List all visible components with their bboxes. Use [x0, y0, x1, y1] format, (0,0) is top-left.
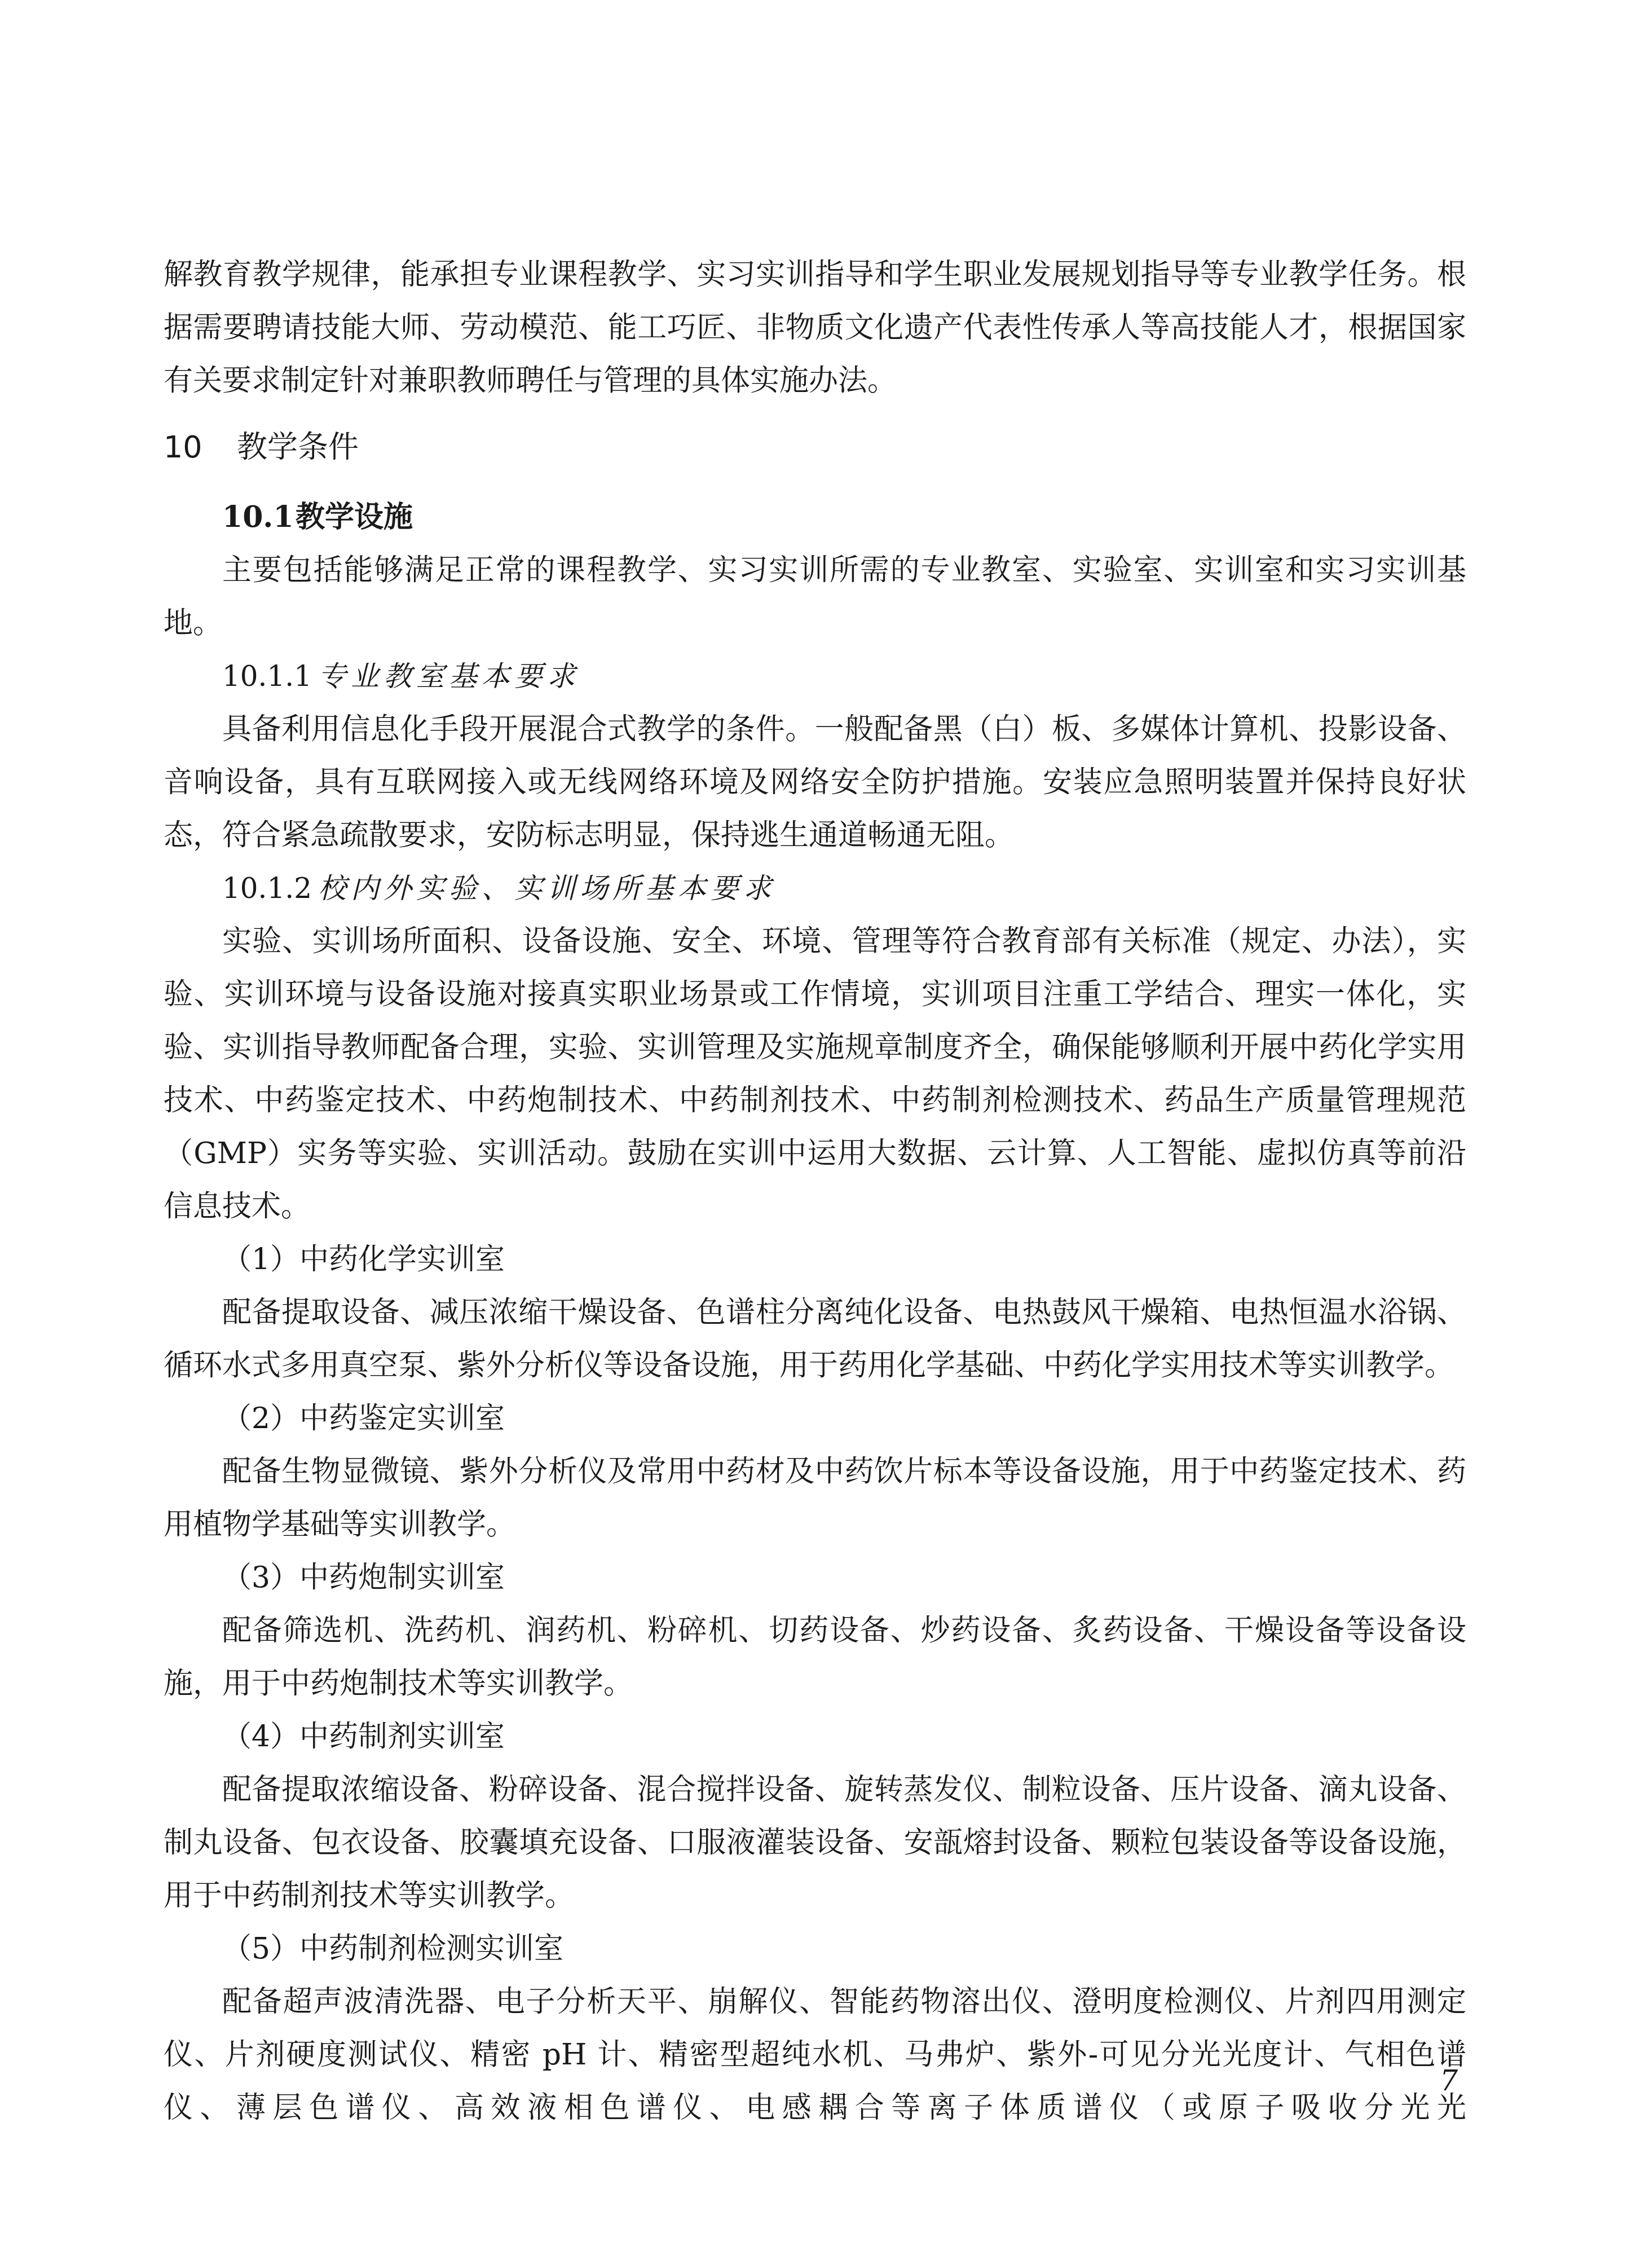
subsection-heading: 10.1教学设施 [164, 491, 1466, 544]
subsection-number: 10.1 [222, 491, 296, 544]
lab-heading-5: （5）中药制剂检测实训室 [164, 1922, 1466, 1975]
lab-paragraph-3: 配备筛选机、洗药机、润药机、粉碎机、切药设备、炒药设备、炙药设备、干燥设备等设备… [164, 1604, 1466, 1710]
lab-heading-1: （1）中药化学实训室 [164, 1233, 1466, 1286]
item-heading-10-1-2: 10.1.2校内外实验、实训场所基本要求 [164, 862, 1466, 915]
item-number: 10.1.1 [222, 650, 318, 703]
item-heading-10-1-1: 10.1.1专业教室基本要求 [164, 650, 1466, 703]
section-title: 教学条件 [237, 429, 359, 465]
lab-heading-2: （2）中药鉴定实训室 [164, 1392, 1466, 1445]
lab-paragraph-4: 配备提取浓缩设备、粉碎设备、混合搅拌设备、旋转蒸发仪、制粒设备、压片设备、滴丸设… [164, 1763, 1466, 1922]
lab-paragraph-1: 配备提取设备、减压浓缩干燥设备、色谱柱分离纯化设备、电热鼓风干燥箱、电热恒温水浴… [164, 1286, 1466, 1392]
item-title: 专业教室基本要求 [318, 660, 580, 693]
subsection-paragraph: 主要包括能够满足正常的课程教学、实习实训所需的专业教室、实验室、实训室和实习实训… [164, 544, 1466, 650]
section-heading: 10教学条件 [164, 421, 1466, 474]
intro-paragraph: 解教育教学规律，能承担专业课程教学、实习实训指导和学生职业发展规划指导等专业教学… [164, 248, 1466, 407]
lab-heading-4: （4）中药制剂实训室 [164, 1710, 1466, 1763]
lab-paragraph-5: 配备超声波清洗器、电子分析天平、崩解仪、智能药物溶出仪、澄明度检测仪、片剂四用测… [164, 1975, 1466, 2134]
lab-heading-3: （3）中药炮制实训室 [164, 1551, 1466, 1604]
document-page: 解教育教学规律，能承担专业课程教学、实习实训指导和学生职业发展规划指导等专业教学… [164, 248, 1466, 2134]
item-paragraph-10-1-2: 实验、实训场所面积、设备设施、安全、环境、管理等符合教育部有关标准（规定、办法）… [164, 915, 1466, 1233]
page-number: 7 [1440, 2064, 1458, 2097]
item-title: 校内外实验、实训场所基本要求 [318, 872, 776, 905]
subsection-title: 教学设施 [296, 500, 413, 534]
item-number: 10.1.2 [222, 862, 318, 915]
lab-paragraph-2: 配备生物显微镜、紫外分析仪及常用中药材及中药饮片标本等设备设施，用于中药鉴定技术… [164, 1445, 1466, 1551]
item-paragraph-10-1-1: 具备利用信息化手段开展混合式教学的条件。一般配备黑（白）板、多媒体计算机、投影设… [164, 703, 1466, 862]
section-number: 10 [164, 421, 237, 474]
